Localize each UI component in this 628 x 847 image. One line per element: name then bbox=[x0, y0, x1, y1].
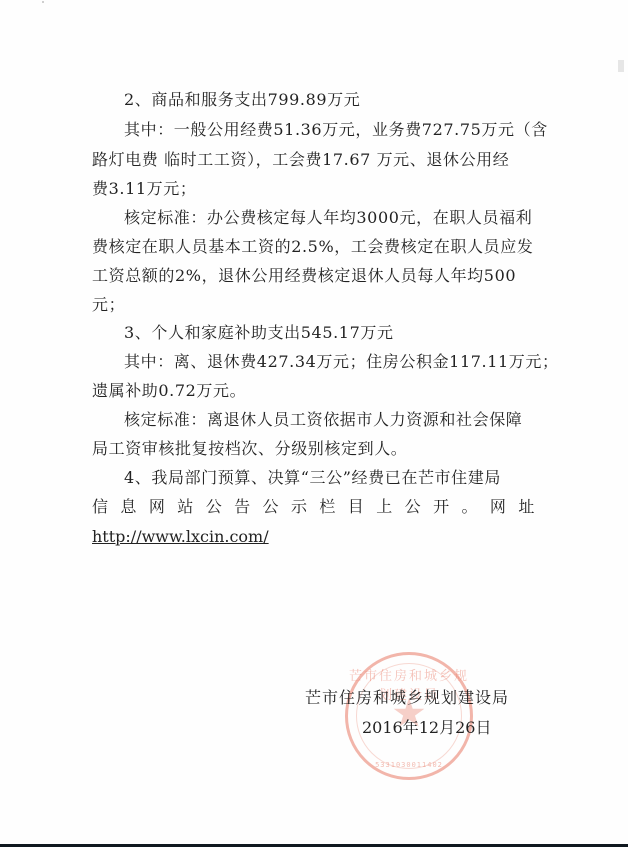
section2-standard-line-1: 核定标准：办公费核定每人年均3000元，在职人员福利 bbox=[124, 208, 537, 228]
section3-detail-line-2: 遗属补助0.72万元。 bbox=[92, 381, 537, 401]
scan-artifact bbox=[42, 1, 44, 3]
section4-char: 址 bbox=[518, 497, 535, 517]
section4-char: 公 bbox=[405, 497, 422, 517]
signature-organization: 芒市住房和城乡规划建设局 bbox=[305, 688, 509, 708]
section2-detail-line-3: 费3.11万元； bbox=[92, 179, 537, 199]
section4-char: 栏 bbox=[319, 497, 336, 517]
document-page: 2、商品和服务支出799.89万元 其中：一般公用经费51.36万元，业务费72… bbox=[0, 0, 628, 844]
section4-char: 告 bbox=[234, 497, 251, 517]
section2-standard-line-3: 工资总额的2%，退休公用经费核定退休人员每人年均500 bbox=[92, 266, 537, 286]
section3-detail-line-1: 其中：离、退休费427.34万元；住房公积金117.11万元； bbox=[124, 352, 537, 372]
section2-heading: 2、商品和服务支出799.89万元 bbox=[124, 90, 537, 110]
section4-line-1: 4、我局部门预算、决算“三公”经费已在芒市住建局 bbox=[124, 468, 537, 488]
section4-char: 站 bbox=[177, 497, 194, 517]
section4-char: 开 bbox=[433, 497, 450, 517]
signature-date: 2016年12月26日 bbox=[362, 718, 491, 738]
section4-char: 目 bbox=[348, 497, 365, 517]
section3-heading: 3、个人和家庭补助支出545.17万元 bbox=[124, 323, 537, 343]
section4-url-line: http://www.lxcin.com/ bbox=[92, 527, 537, 547]
section3-standard-line-2: 局工资审核批复按档次、分级别核定到人。 bbox=[92, 439, 537, 459]
section2-standard-line-2: 费核定在职人员基本工资的2.5%，工会费核定在职人员应发 bbox=[92, 237, 537, 257]
section2-detail-line-2: 路灯电费 临时工工资），工会费17.67 万元、退休公用经 bbox=[92, 150, 537, 170]
section4-line-2: 信 息 网 站 公 告 公 示 栏 目 上 公 开 。 网 址 bbox=[92, 497, 535, 517]
scan-artifact bbox=[618, 60, 624, 72]
section4-char: 。 bbox=[461, 497, 478, 517]
section4-char: 网 bbox=[149, 497, 166, 517]
section4-char: 公 bbox=[206, 497, 223, 517]
seal-code: 5331030011402 bbox=[348, 761, 470, 769]
website-link[interactable]: http://www.lxcin.com/ bbox=[92, 527, 269, 546]
section4-char: 示 bbox=[291, 497, 308, 517]
section4-char: 信 bbox=[92, 497, 109, 517]
section4-char: 息 bbox=[120, 497, 137, 517]
section4-char: 网 bbox=[490, 497, 507, 517]
section2-standard-line-4: 元； bbox=[92, 295, 537, 315]
official-seal: 芒市住房和城乡规划建设局 ★ 5331030011402 bbox=[345, 652, 473, 780]
section4-char: 公 bbox=[263, 497, 280, 517]
section4-char: 上 bbox=[376, 497, 393, 517]
section2-detail-line-1: 其中：一般公用经费51.36万元，业务费727.75万元（含 bbox=[124, 120, 537, 140]
section3-standard-line-1: 核定标准：离退休人员工资依据市人力资源和社会保障 bbox=[124, 410, 537, 430]
